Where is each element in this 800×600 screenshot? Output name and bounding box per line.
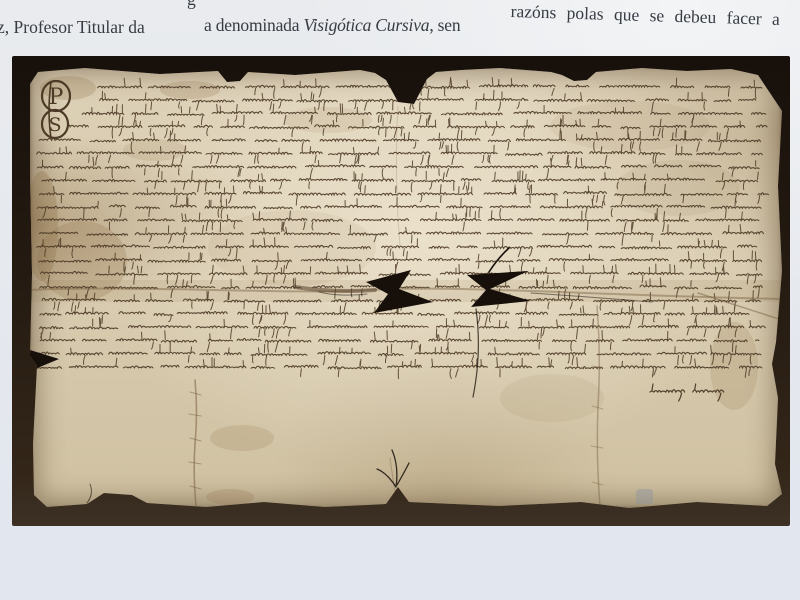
printed-header-strip: g z, Profesor Titular da a denominada Vi… [0,0,800,54]
center-suffix: , sen [429,15,460,35]
signature-line [650,384,724,401]
monogram-letter-p: P [49,85,64,110]
center-italic-title: Visigótica Cursiva [303,15,429,35]
printed-text-center: a denominada Visigótica Cursiva, sen [204,15,460,36]
printed-text-right: razóns polas que se debeu facer a [510,1,780,30]
printed-text-left: z, Profesor Titular da [0,17,145,38]
parchment-artwork: P S [30,66,782,508]
center-prefix: a denominada [204,15,303,35]
archive-stamp-mark [636,489,653,504]
cut-line-fragment: g [187,0,196,10]
monogram-letter-s: S [48,114,61,136]
manuscript-photograph: P S [12,56,790,526]
book-page: g z, Profesor Titular da a denominada Vi… [0,0,800,600]
parchment-charter: P S [30,66,782,508]
